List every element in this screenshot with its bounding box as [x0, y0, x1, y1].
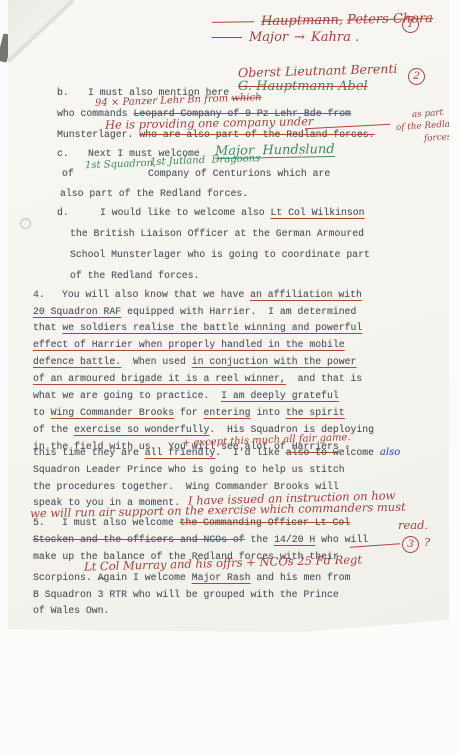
typed-line-d4: of the Redland forces. — [70, 270, 199, 282]
typed-line-5-1: I must also welcome the Commanding Offic… — [62, 517, 350, 529]
typed-line-of: of — [62, 168, 74, 180]
hw-question-mark: ? — [424, 536, 430, 548]
hw-correction-name: Hauptmann, Peters Chora — [212, 12, 433, 29]
typed-4-6b: and that is — [286, 373, 362, 384]
typed-4-3b: we soldiers realise the battle winning a… — [62, 322, 362, 333]
typed-5-2d: who will — [315, 534, 368, 545]
typed-line-b-label: b. — [57, 87, 69, 99]
typed-4-6a: of an armoured brigade it is a reel winn… — [33, 373, 286, 384]
typed-line-5-label: 5. — [33, 517, 45, 529]
typed-4-1b: an affiliation with — [250, 289, 362, 300]
red-strike-line — [212, 21, 254, 23]
typed-line-4-4: effect of Harrier when properly handled … — [33, 339, 345, 351]
red-line — [212, 37, 242, 38]
hw-squadron: 1st Squadron, — [85, 159, 156, 172]
typed-5-4a: Scorpions. — [33, 572, 92, 583]
typed-4-4: effect of Harrier when properly handled … — [33, 339, 345, 350]
typed-5-2-struck: Stocken and the officers and NCOs of — [33, 534, 245, 545]
hw-margin-1: as part — [412, 109, 444, 120]
circled-annotation-2: 2 — [407, 67, 426, 86]
typed-4-11c: . I'd like — [215, 447, 286, 458]
typed-line-5-4: Scorpions. Again I welcome Major Rash an… — [33, 572, 351, 584]
typed-line-5-5: B Squadron 3 RTR who will be grouped wit… — [33, 589, 339, 601]
hw-new-name: Kahra . — [311, 30, 359, 45]
typed-4-1a: You will also know that we have — [62, 289, 250, 300]
typed-4-11a: this time they are — [33, 447, 145, 458]
typed-4-7b: I am deeply grateful — [221, 390, 339, 401]
folded-corner — [8, 0, 74, 62]
typed-4-5a: defence battle. — [33, 356, 121, 367]
typed-line-munster: Munsterlager. who are also part of the R… — [57, 129, 374, 141]
typed-4-11-struck: also — [286, 447, 310, 458]
typed-4-3a: that — [33, 322, 62, 333]
typed-line-c-label: c. — [57, 148, 69, 160]
typed-munster: Munsterlager. — [57, 129, 139, 140]
typed-4-8c: for — [174, 407, 203, 418]
hw-struck-name: Peters Chora — [347, 11, 433, 27]
typed-line-5-6: of Wales Own. — [33, 605, 109, 617]
typed-line-4-8: to Wing Commander Brooks for entering in… — [33, 407, 345, 419]
hw-new-rank: Major — [249, 30, 288, 45]
hw-margin-2: of the Redland — [396, 120, 459, 134]
scan-background: Hauptmann, Peters Chora Major→Kahra . 1 … — [0, 0, 459, 755]
typed-4-8e: into — [251, 407, 286, 418]
typed-4-5c: in conjuction with the power — [192, 356, 357, 367]
typed-5-4d: and his men from — [251, 572, 351, 583]
typed-line-4-1: You will also know that we have an affil… — [62, 289, 362, 301]
typed-line-5-2: Stocken and the officers and NCOs of the… — [33, 534, 368, 546]
typed-line-4-5: defence battle. When used in conjuction … — [33, 356, 356, 368]
typed-4-8f: the spirit — [286, 407, 345, 418]
typed-5-4c: Major Rash — [192, 572, 251, 583]
typed-line-4-3: that we soldiers realise the battle winn… — [33, 322, 362, 334]
hw-struck-rank: Hauptmann, — [261, 13, 343, 29]
typed-wilkinson: Lt Col Wilkinson — [271, 207, 365, 218]
typed-line-company: Company of Centurions which are — [148, 168, 330, 180]
hw-correction-replacement: Major→Kahra . — [212, 31, 359, 45]
typed-4-2b: equipped with Harrier. I am determined — [121, 306, 356, 317]
arrow-mark: → — [288, 30, 311, 45]
typed-4-5b: When used — [121, 356, 192, 367]
typed-d1a: I would like to welcome also — [100, 207, 271, 218]
typed-5-1-struck: the Commanding Officer Lt Col — [180, 517, 351, 528]
hw-berenti: Oberst Lieutnant Berenti — [238, 62, 398, 79]
hw-panzer-struck: which — [231, 92, 262, 104]
circled-annotation-3: 3 — [401, 535, 420, 554]
typed-struck-whoare: who are also part of the Redland forces. — [139, 129, 374, 140]
typed-5-2b: the — [245, 534, 274, 545]
typed-line-4-2: 20 Squadron RAF equipped with Harrier. I… — [33, 306, 356, 318]
typed-4-7a: what we are going to practice. — [33, 390, 221, 401]
typed-line-d-label: d. — [57, 207, 69, 219]
typed-line-4-label: 4. — [33, 289, 45, 301]
typed-4-9a: of the — [33, 424, 74, 435]
typed-5-2c: 14/20 H — [274, 534, 315, 545]
typed-5-4b: Again I welcome — [92, 572, 192, 583]
typed-line-d2: the British Liaison Officer at the Germa… — [70, 228, 364, 240]
document-page: Hauptmann, Peters Chora Major→Kahra . 1 … — [8, 0, 449, 636]
typed-4-9b: exercise so wonderfully — [74, 424, 209, 435]
typed-line-4-6: of an armoured brigade it is a reel winn… — [33, 373, 362, 385]
typed-5-1a: I must also welcome — [62, 517, 180, 528]
typed-line-d1: I would like to welcome also Lt Col Wilk… — [100, 207, 365, 219]
typed-line-4-11: this time they are all friendly. I'd lik… — [33, 447, 400, 459]
typed-line-4-7: what we are going to practice. I am deep… — [33, 390, 339, 402]
typed-4-8d: entering — [204, 407, 251, 418]
hw-jutland-dragoons: 1st Jutland Dragoons — [150, 154, 261, 168]
typed-4-2a: 20 Squadron RAF — [33, 306, 121, 317]
typed-line-d3: School Munsterlager who is going to coor… — [70, 249, 370, 261]
typed-4-11b: all friendly — [145, 447, 216, 458]
typed-4-8b: Wing Commander Brooks — [51, 407, 174, 418]
hw-margin-3: forces. — [424, 133, 455, 144]
hw-instruction-3: read. — [398, 519, 428, 531]
typed-line-alsopart: also part of the Redland forces. — [60, 188, 248, 200]
hw-also-blue: also — [380, 447, 400, 458]
punch-hole — [20, 218, 31, 229]
typed-4-8a: to — [33, 407, 51, 418]
typed-4-11d: to welcome — [309, 447, 380, 458]
typed-line-4-12: Squadron Leader Prince who is going to h… — [33, 464, 345, 476]
